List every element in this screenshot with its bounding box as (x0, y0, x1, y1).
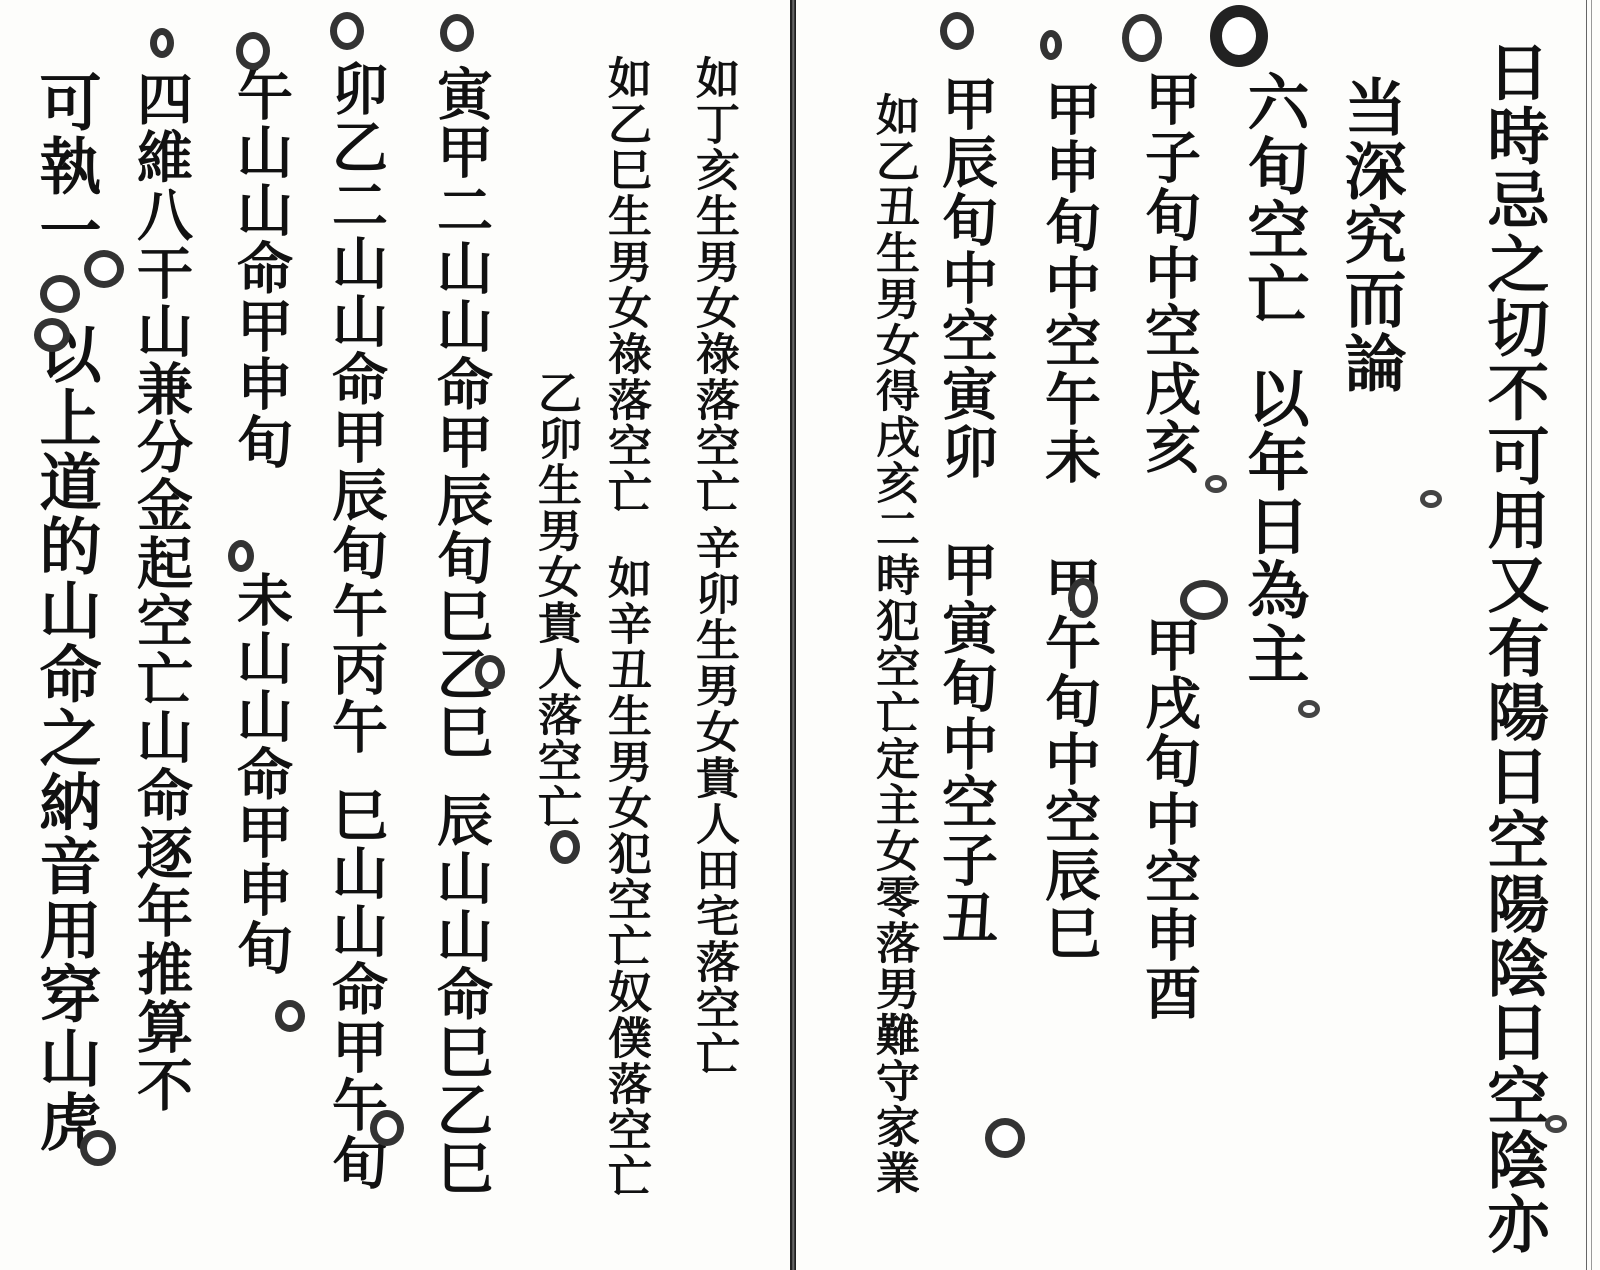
column-text-continued: 甲午旬中空辰巳 (1036, 556, 1102, 962)
column-text: 如乙丑生男女得戌亥二時犯空亡定主女零落男難守家業 (868, 92, 919, 1196)
text-column-l4: 寅甲二山山命甲辰旬巳乙巳辰山山命巳乙巳 (430, 65, 492, 1197)
page-edge (1586, 0, 1592, 1270)
circle-mark-icon (550, 830, 580, 864)
circle-mark-icon (1068, 578, 1098, 618)
circle-mark-icon (1122, 14, 1162, 62)
circle-mark-icon (440, 14, 474, 52)
dot-mark-icon (1420, 490, 1442, 508)
dot-mark-icon (1545, 1115, 1567, 1133)
column-text: 可執一 (29, 70, 102, 262)
circle-mark-icon (1040, 30, 1062, 60)
circle-mark-icon (228, 540, 254, 572)
column-text: 日時忌之切不可用又有陽日空陽陰日空陰亦 (1477, 40, 1550, 1256)
circle-mark-icon (985, 1118, 1025, 1158)
text-column-l3: 乙卯生男女貴人落空亡 (530, 370, 580, 830)
circle-mark-icon (940, 12, 974, 50)
circle-mark-icon (80, 1130, 116, 1166)
column-text: 卯乙二山山命甲辰旬午丙午 (323, 60, 389, 756)
text-column-l2: 如乙巳生男女祿落空亡如辛丑生男女犯空亡奴僕落空亡 (600, 55, 650, 1199)
column-text: 甲辰旬中空寅卯 (933, 75, 999, 481)
dot-mark-icon (1205, 475, 1227, 493)
circle-mark-icon (34, 318, 70, 352)
text-column-l1: 如丁亥生男女祿落空亡辛卯生男女貴人田宅落空亡 (688, 55, 738, 1077)
text-column-l8: 可執一以上道的山命之納音用穿山虎 (30, 70, 100, 1154)
column-text: 甲申旬中空午未 (1036, 80, 1102, 486)
text-column-r7: 如乙丑生男女得戌亥二時犯空亡定主女零落男難守家業 (868, 92, 918, 1196)
circle-mark-icon (1210, 5, 1268, 67)
column-text-continued: 以年日為主 (1237, 366, 1310, 686)
column-text: 乙卯生男女貴人落空亡 (530, 370, 581, 830)
text-column-r6: 甲辰旬中空寅卯甲寅旬中空子丑 (935, 75, 997, 947)
text-column-r4: 甲子旬中空戌亥甲戌旬中空申酉 (1138, 70, 1200, 1022)
column-text-continued: 辛卯生男女貴人田宅落空亡 (688, 525, 739, 1077)
circle-mark-icon (275, 1000, 305, 1032)
column-text-continued: 未山山命甲申旬 (228, 571, 294, 977)
column-text: 如乙巳生男女祿落空亡 (600, 55, 651, 515)
circle-mark-icon (150, 28, 174, 58)
circle-mark-icon (40, 275, 80, 313)
dot-mark-icon (1298, 700, 1320, 718)
column-text: 当深究而論 (1334, 75, 1407, 395)
column-text: 六旬空亡 (1237, 70, 1310, 326)
text-column-l7: 四維八干山兼分金起空亡山命逐年推算不 (130, 70, 192, 1114)
text-column-l5: 卯乙二山山命甲辰旬午丙午巳山山命甲午旬 (325, 60, 387, 1192)
circle-mark-icon (330, 12, 364, 50)
column-text-continued: 以上道的山命之納音用穿山虎 (29, 322, 102, 1154)
circle-mark-icon (84, 250, 124, 288)
text-column-r2: 当深究而論 (1335, 75, 1405, 395)
column-text-continued: 甲寅旬中空子丑 (933, 541, 999, 947)
circle-mark-icon (370, 1110, 404, 1146)
text-column-r1: 日時忌之切不可用又有陽日空陽陰日空陰亦 (1478, 40, 1548, 1256)
column-text-continued: 辰山山命巳乙巳 (428, 791, 494, 1197)
text-column-l6: 午山山命甲申旬未山山命甲申旬 (230, 65, 292, 977)
column-text: 午山山命甲申旬 (228, 65, 294, 471)
circle-mark-icon (475, 655, 505, 689)
circle-mark-icon (236, 32, 270, 70)
text-column-r5: 甲申旬中空午未甲午旬中空辰巳 (1038, 80, 1100, 962)
circle-mark-icon (1180, 580, 1228, 620)
text-column-r3: 六旬空亡以年日為主 (1238, 70, 1308, 686)
column-text-continued: 甲戌旬中空申酉 (1136, 616, 1202, 1022)
column-text: 四維八干山兼分金起空亡山命逐年推算不 (128, 70, 194, 1114)
column-text-continued: 如辛丑生男女犯空亡奴僕落空亡 (600, 555, 651, 1199)
manuscript-spread: 日時忌之切不可用又有陽日空陽陰日空陰亦 当深究而論 六旬空亡以年日為主 甲子旬中… (0, 0, 1600, 1270)
column-text: 如丁亥生男女祿落空亡 (688, 55, 739, 515)
book-gutter (790, 0, 796, 1270)
column-text: 甲子旬中空戌亥 (1136, 70, 1202, 476)
